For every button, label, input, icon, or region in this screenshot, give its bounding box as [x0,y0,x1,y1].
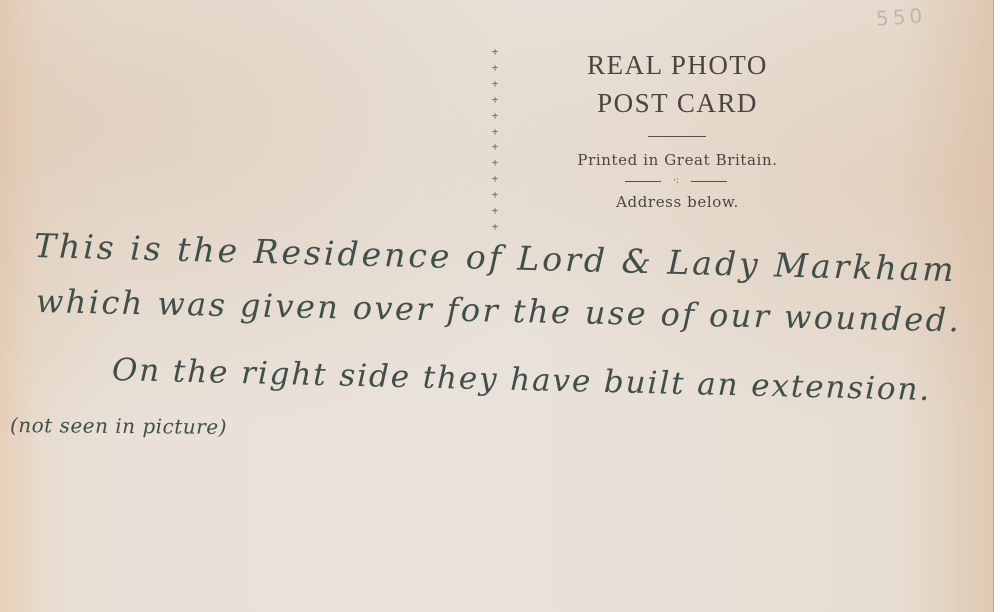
divider-cross: + [492,221,499,232]
divider-cross: + [492,110,499,121]
separator-dots: ·: [673,177,679,185]
separator-segment-left [625,181,661,182]
short-rule [648,136,706,137]
title-real-photo: REAL PHOTO [540,50,815,81]
postcard-back: 550 + + + + + + + + + + + + REAL PHOTO P… [0,0,994,612]
divider-cross: + [492,46,499,57]
handwritten-line-1: This is the Residence of Lord & Lady Mar… [33,226,957,289]
divider-cross: + [492,205,499,216]
printed-in-great-britain: Printed in Great Britain. [540,151,815,169]
handwritten-line-3: On the right side they have built an ext… [112,352,932,408]
divider-line: + + + + + + + + + + + + [488,46,502,232]
pencil-catalog-number: 550 [875,3,927,30]
divider-cross: + [492,141,499,152]
divider-cross: + [492,189,499,200]
handwritten-note-parenthetical: (not seen in picture) [10,413,227,439]
divider-cross: + [492,157,499,168]
separator-segment-right [691,181,727,182]
handwritten-line-2: which was given over for the use of our … [36,282,962,339]
divider-cross: + [492,126,499,137]
divider-cross: + [492,94,499,105]
divider-cross: + [492,62,499,73]
title-post-card: POST CARD [540,88,815,119]
divider-cross: + [492,173,499,184]
divider-cross: + [492,78,499,89]
dotted-separator: ·: [625,176,727,186]
address-below-note: Address below. [540,193,815,211]
